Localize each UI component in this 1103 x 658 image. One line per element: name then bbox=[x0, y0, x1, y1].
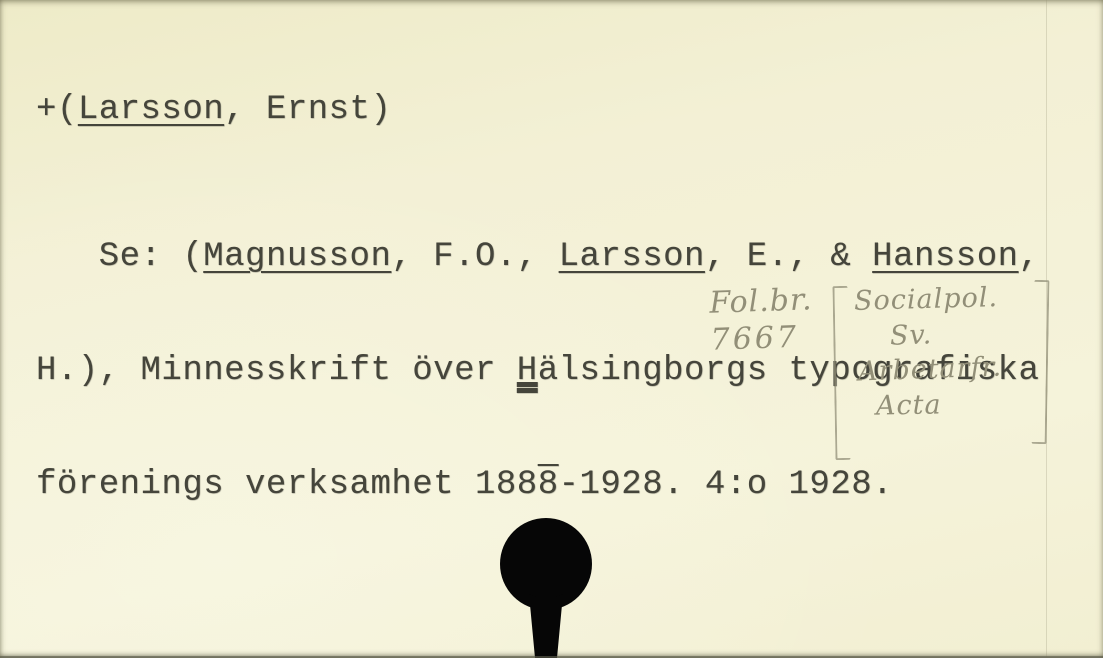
shelfmark-annotation: Fol.br. 7667 bbox=[709, 281, 815, 359]
ref1-name-magnusson: Magnusson bbox=[203, 238, 391, 276]
subject-line: Acta bbox=[876, 389, 942, 421]
shelfmark-number: 7667 bbox=[710, 318, 814, 359]
ref1-seg: , bbox=[1019, 238, 1040, 276]
heading-line: +(Larsson, Ernst) bbox=[36, 91, 391, 129]
ref2-double-underlined-h: H bbox=[517, 352, 538, 390]
ref1-seg: Se: ( bbox=[36, 238, 203, 276]
subject-line: Socialpol. bbox=[854, 282, 999, 317]
heading-open: +( bbox=[36, 91, 78, 129]
heading-rest: , Ernst) bbox=[224, 91, 391, 129]
ref2-seg: H.), Minnesskrift över bbox=[36, 352, 517, 390]
ref1-seg: , F.O., bbox=[391, 238, 558, 276]
subject-line: Arbetarfr. bbox=[858, 351, 1003, 387]
ref1-name-hansson: Hansson bbox=[872, 238, 1018, 276]
punch-hole-icon bbox=[486, 498, 606, 658]
subject-line: Sv. bbox=[889, 319, 932, 351]
card-edge-crease bbox=[1046, 0, 1047, 658]
left-bracket bbox=[832, 286, 850, 460]
ref1-seg: , E., & bbox=[705, 238, 872, 276]
subject-annotation: Socialpol. Sv. Arbetarfr. Acta bbox=[834, 278, 1048, 466]
ref1-name-larsson: Larsson bbox=[559, 238, 705, 276]
catalog-card-scan: +(Larsson, Ernst) Se: (Magnusson, F.O., … bbox=[0, 0, 1103, 658]
heading-name-underlined: Larsson bbox=[78, 91, 224, 129]
ref3-seg: -1928. 4:o 1928. bbox=[559, 466, 893, 504]
shelfmark-text: Fol.br. bbox=[709, 281, 813, 322]
reference-line-1: Se: (Magnusson, F.O., Larsson, E., & Han… bbox=[36, 238, 1039, 276]
ref3-seg: förenings verksamhet 188 bbox=[36, 466, 538, 504]
